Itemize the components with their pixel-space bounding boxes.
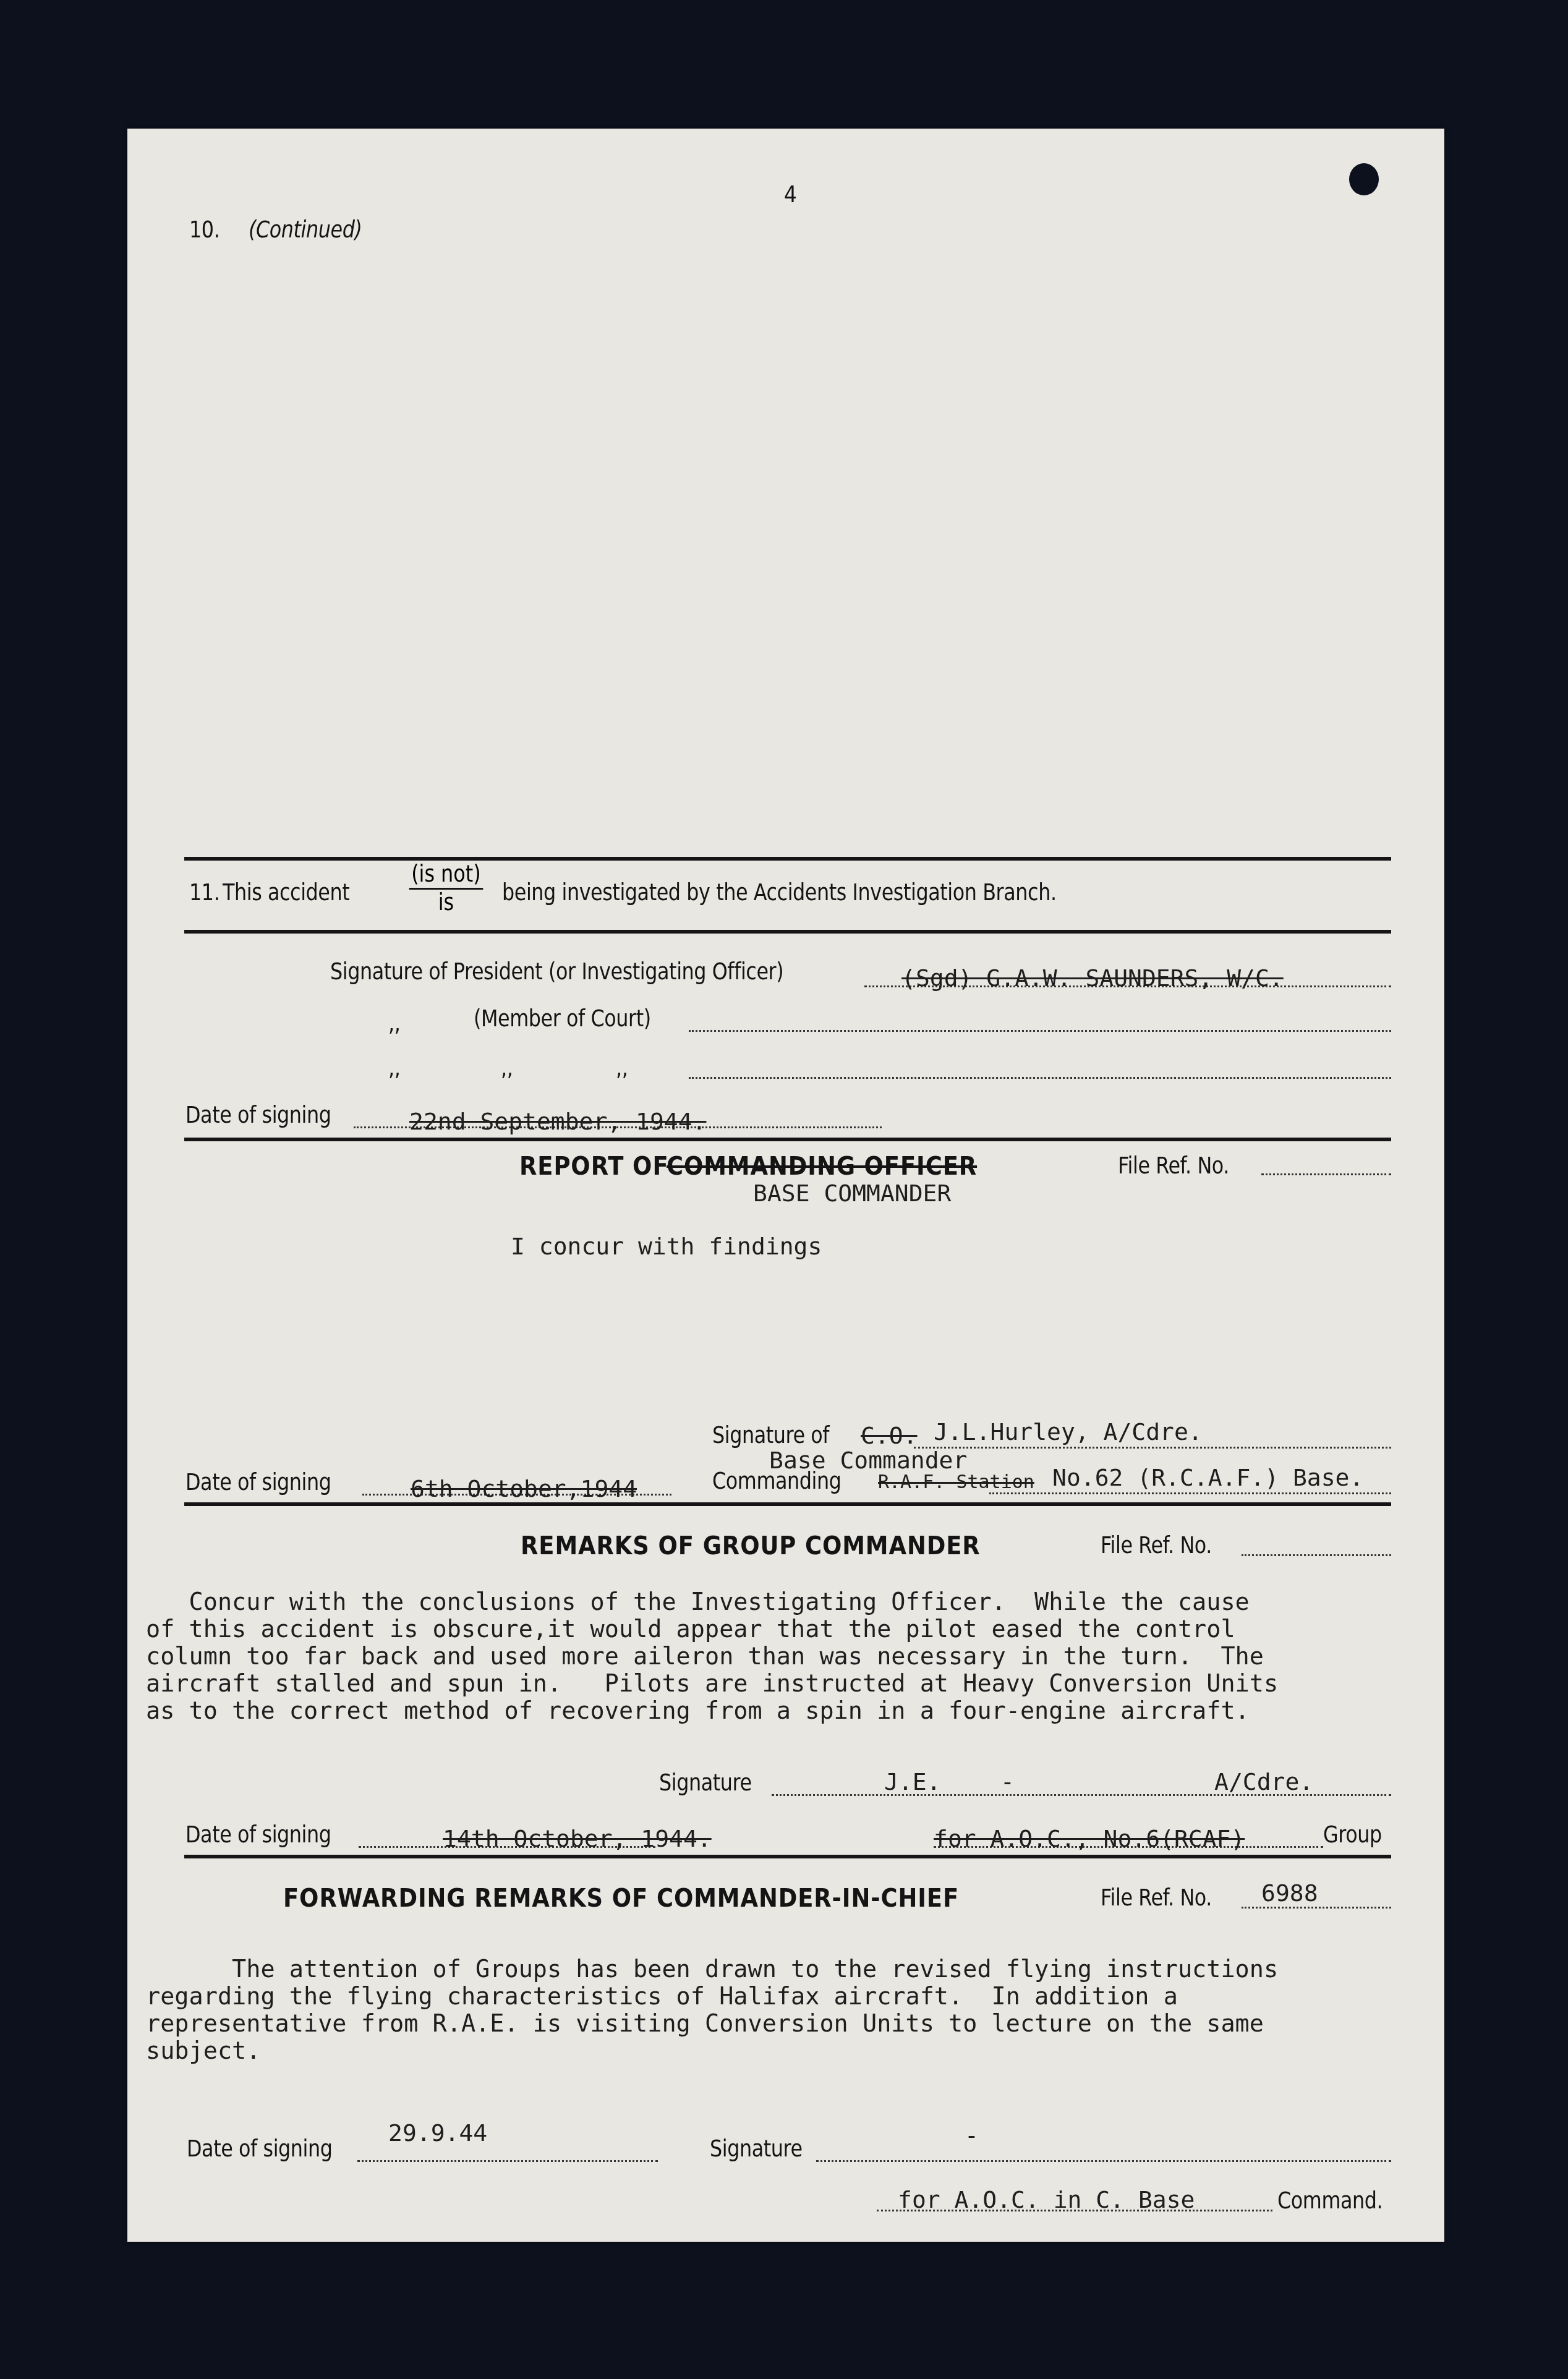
- member-of-court-line[interactable]: [689, 1030, 1391, 1032]
- co-date-label: Date of signing: [185, 1469, 331, 1496]
- ditto-mark: ,,: [501, 1055, 513, 1081]
- co-report-body: I concur with findings: [511, 1233, 822, 1260]
- president-signature-value: (Sgd) G.A.W. SAUNDERS, W/C.: [901, 964, 1284, 992]
- ditto-mark: ,,: [388, 1055, 400, 1081]
- cinc-file-ref-value: 6988: [1261, 1879, 1318, 1907]
- group-file-ref-label: File Ref. No.: [1101, 1532, 1212, 1559]
- cinc-date-label: Date of signing: [187, 2135, 333, 2162]
- co-file-ref-line[interactable]: [1261, 1173, 1391, 1175]
- member-of-court-label: (Member of Court): [474, 1005, 651, 1032]
- group-remarks-body: Concur with the conclusions of the Inves…: [146, 1562, 1278, 1752]
- co-file-ref-label: File Ref. No.: [1118, 1152, 1229, 1179]
- body-line: of this accident is obscure,it would app…: [146, 1616, 1278, 1643]
- group-date-value: 14th October, 1944.: [443, 1825, 712, 1852]
- section-11-suffix: being investigated by the Accidents Inve…: [502, 879, 1057, 906]
- body-line: aircraft stalled and spun in. Pilots are…: [146, 1670, 1278, 1698]
- cinc-signature-line[interactable]: [816, 2160, 1391, 2162]
- body-line: representative from R.A.E. is visiting C…: [146, 2011, 1278, 2038]
- co-date-value: 6th October,1944: [411, 1475, 637, 1502]
- divider: [184, 1855, 1391, 1858]
- cinc-for-value: for A.O.C. in C. Base: [898, 2186, 1195, 2213]
- body-line: subject.: [146, 2038, 1278, 2065]
- divider: [184, 1138, 1391, 1141]
- cinc-command-label: Command.: [1277, 2187, 1383, 2214]
- group-remarks-heading: REMARKS OF GROUP COMMANDER: [521, 1531, 981, 1560]
- section-10-status: (Continued): [249, 216, 362, 243]
- divider: [184, 1502, 1391, 1506]
- punch-hole: [1349, 163, 1379, 195]
- group-signature-initials: J.E.: [884, 1768, 941, 1795]
- additional-member-line[interactable]: [689, 1077, 1391, 1079]
- co-signature-line[interactable]: [914, 1447, 1391, 1449]
- group-for-value: for A.O.C., No.6(RCAF): [934, 1825, 1245, 1852]
- group-label: Group: [1323, 1821, 1382, 1848]
- ditto-mark: ,,: [616, 1055, 628, 1081]
- body-line: Concur with the conclusions of the Inves…: [146, 1589, 1278, 1616]
- cinc-remarks-body: The attention of Groups has been drawn t…: [146, 1929, 1278, 2092]
- group-signature-label: Signature: [659, 1769, 752, 1796]
- body-line: The attention of Groups has been drawn t…: [146, 1956, 1278, 1983]
- cinc-remarks-heading: FORWARDING REMARKS OF COMMANDER-IN-CHIEF: [283, 1883, 959, 1913]
- option-is: is: [409, 890, 483, 916]
- co-report-heading-prefix: REPORT OF: [519, 1151, 668, 1181]
- co-report-heading-replacement: BASE COMMANDER: [753, 1180, 951, 1207]
- group-signature-rank: A/Cdre.: [1214, 1768, 1313, 1795]
- co-report-heading-struck: COMMANDING OFFICER: [667, 1151, 977, 1181]
- option-is-not: (is not): [409, 861, 483, 890]
- cinc-file-ref-label: File Ref. No.: [1101, 1884, 1212, 1911]
- president-signature-label: Signature of President (or Investigating…: [330, 958, 783, 985]
- co-signature-label: Signature of: [712, 1422, 829, 1449]
- date-of-signing-label: Date of signing: [185, 1102, 331, 1128]
- page-number: 4: [784, 181, 796, 208]
- divider: [184, 857, 1391, 861]
- cinc-signature-label: Signature: [710, 2135, 803, 2162]
- section-10-label: 10.: [189, 216, 219, 243]
- body-line: as to the correct method of recovering f…: [146, 1698, 1278, 1725]
- cinc-date-line[interactable]: [357, 2160, 658, 2162]
- co-signature-struck: C.O.: [861, 1422, 918, 1449]
- co-signature-value: J.L.Hurley, A/Cdre.: [934, 1418, 1203, 1445]
- divider: [184, 930, 1391, 934]
- co-commanding-value: No.62 (R.C.A.F.) Base.: [1052, 1464, 1363, 1491]
- is-not-option: (is not) is: [409, 861, 483, 916]
- section-11-prefix: This accident: [223, 879, 349, 906]
- group-date-label: Date of signing: [185, 1821, 331, 1848]
- body-line: regarding the flying characteristics of …: [146, 1983, 1278, 2011]
- cinc-date-value: 29.9.44: [388, 2119, 487, 2147]
- member-ditto: ,,: [388, 1010, 400, 1037]
- co-commanding-label: Commanding: [712, 1468, 841, 1494]
- group-signature-mark: -: [1000, 1768, 1015, 1795]
- co-commanding-line[interactable]: [989, 1492, 1391, 1494]
- body-line: column too far back and used more ailero…: [146, 1643, 1278, 1670]
- section-11-number: 11.: [189, 879, 219, 906]
- cinc-signature-value: -: [965, 2122, 979, 2149]
- date-of-signing-value: 22nd September, 1944.: [409, 1108, 706, 1135]
- group-file-ref-line[interactable]: [1242, 1554, 1391, 1556]
- co-commanding-struck: R.A.F. Station: [878, 1471, 1034, 1493]
- cinc-file-ref-line[interactable]: [1242, 1907, 1391, 1909]
